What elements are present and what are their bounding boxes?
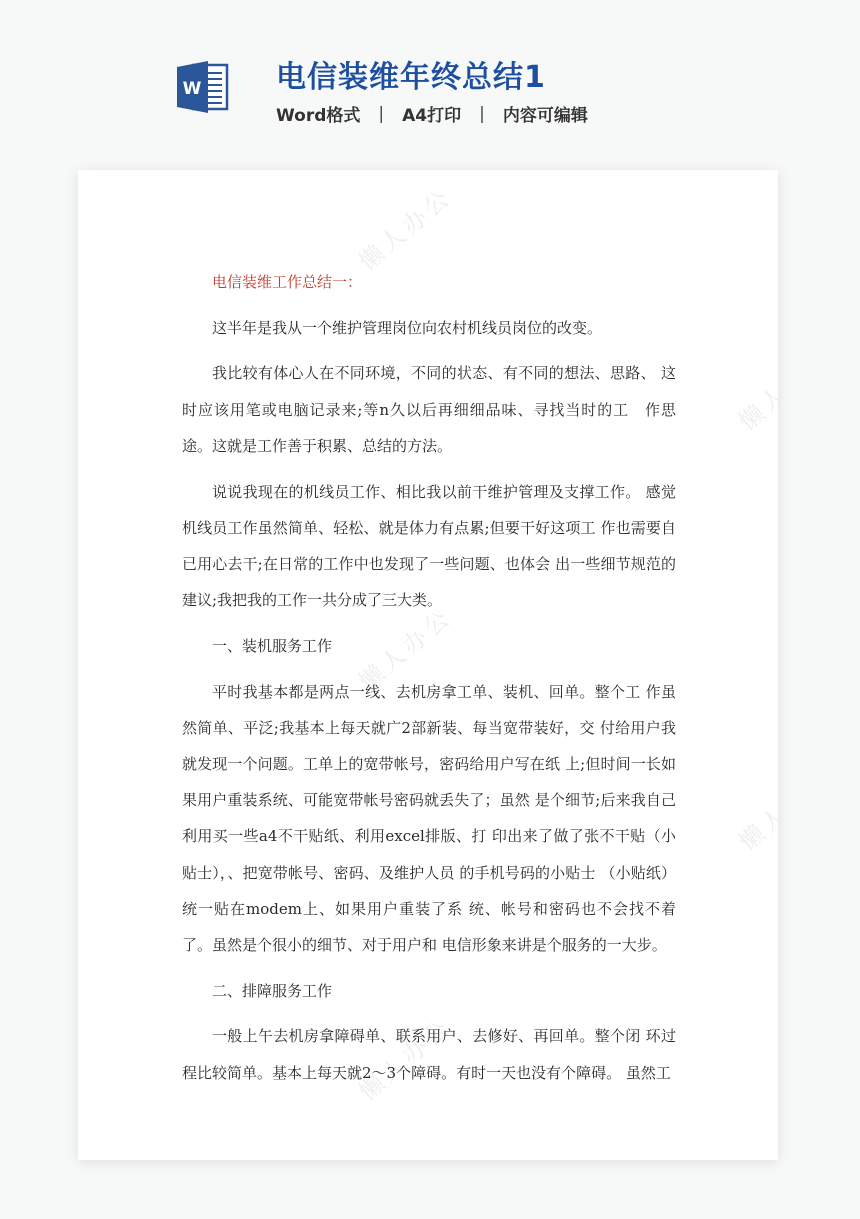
- svg-text:W: W: [183, 79, 202, 99]
- paragraph: 一般上午去机房拿障碍单、联系用户、去修好、再回单。整个闭 环过程比较简单。基本上…: [182, 1018, 676, 1090]
- paragraph: 我比较有体心人在不同环境，不同的状态、有不同的想法、思路、 这时应该用笔或电脑记…: [182, 355, 676, 464]
- tag-print: A4打印: [402, 101, 461, 126]
- document-body: 电信装维工作总结一： 这半年是我从一个维护管理岗位向农村机线员岗位的改变。 我比…: [182, 264, 676, 1100]
- paragraph: 平时我基本都是两点一线、去机房拿工单、装机、回单。整个工 作虽然简单、平泛;我基…: [182, 674, 676, 964]
- section-title: 电信装维工作总结一：: [182, 264, 676, 300]
- tag-format: Word格式: [276, 101, 360, 126]
- tag-editable: 内容可编辑: [503, 101, 588, 126]
- subheading: 一、装机服务工作: [182, 628, 676, 664]
- watermark: 懒人办公: [350, 178, 458, 277]
- paragraph: 这半年是我从一个维护管理岗位向农村机线员岗位的改变。: [182, 310, 676, 346]
- document-page: 懒人办公 懒人办公 懒人办公 懒人办公 懒人办公 懒人办公 懒人办公 电信装维工…: [78, 170, 778, 1160]
- document-tags: Word格式 | A4打印 | 内容可编辑: [276, 101, 588, 126]
- word-document-icon: W: [175, 59, 231, 115]
- paragraph: 说说我现在的机线员工作、相比我以前干维护管理及支撑工作。 感觉机线员工作虽然简单…: [182, 474, 676, 619]
- tag-separator: |: [378, 104, 384, 124]
- tag-separator: |: [479, 104, 485, 124]
- document-title: 电信装维年终总结1: [276, 52, 546, 96]
- watermark: 懒人办公: [730, 338, 778, 437]
- watermark: 懒人办公: [730, 758, 778, 857]
- document-header: W 电信装维年终总结1 Word格式 | A4打印 | 内容可编辑: [0, 0, 860, 160]
- subheading: 二、排障服务工作: [182, 973, 676, 1009]
